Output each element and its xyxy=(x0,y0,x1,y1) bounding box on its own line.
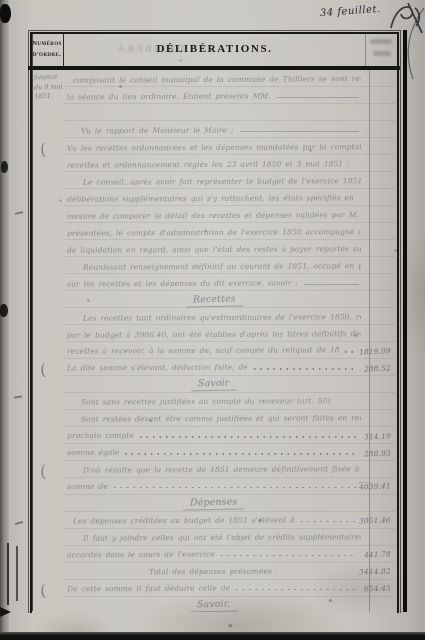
margin-annotation-line: 1851. xyxy=(34,91,67,102)
section-heading: Savoir. xyxy=(190,598,238,611)
section-heading: Recettes xyxy=(186,293,243,307)
bleed-through-smudge xyxy=(373,51,391,56)
manuscript-line: prochain compte314.19 xyxy=(67,425,394,442)
amount-value: 314.19 xyxy=(364,431,391,441)
scanned-register-page: 34 feuillet. Numéros d'ordre. DÉLIBÉRA D… xyxy=(0,0,425,640)
handwritten-text: De cette somme il faut déduire celle de xyxy=(67,583,230,595)
handwritten-text: prochain compte xyxy=(67,431,134,442)
amount-value: 1819.09 xyxy=(359,346,391,356)
manuscript-line: Le conseil, après avoir fait représenter… xyxy=(67,171,394,188)
dotted-leader xyxy=(114,487,357,489)
manuscript-rows: composant le conseil municipal de la com… xyxy=(67,70,394,612)
dotted-leader xyxy=(345,351,357,353)
manuscript-line: recettes et ordonnancement réglés les 23… xyxy=(67,154,394,171)
dotted-leader xyxy=(236,589,357,591)
handwritten-text: présentées, le compte d'administration d… xyxy=(67,227,361,240)
dotted-leader xyxy=(140,436,357,438)
amount-value: 288.93 xyxy=(364,448,391,458)
section-heading-row: Dépenses xyxy=(67,493,394,510)
ink-blob xyxy=(0,4,11,23)
handwritten-text: délibérations supplémentaires qui s'y ra… xyxy=(67,193,354,206)
handwritten-text: Vu les recettes ordonnancées et les dépe… xyxy=(67,142,361,155)
handwritten-text: Sont sans recettes justifiées au compte … xyxy=(81,397,331,409)
handwritten-text: par le budget à 3986.40, ont été établie… xyxy=(67,329,361,342)
handwritten-text: mesure de comparer le détail des recette… xyxy=(67,210,361,223)
manuscript-line: sur les recettes et les dépenses du dit … xyxy=(67,273,394,290)
manuscript-line: Vu le rapport de Monsieur le Maire ; xyxy=(67,120,394,137)
manuscript-line: De cette somme il faut déduire celle de6… xyxy=(67,578,394,595)
manuscript-line: Sont restées devant être comme justifiée… xyxy=(67,408,394,425)
manuscript-line: composant le conseil municipal de la com… xyxy=(67,70,394,87)
column-header-numeros: Numéros d'ordre. xyxy=(31,33,64,66)
manuscript-line: la séance du lieu ordinaire. Étaient pré… xyxy=(67,86,394,103)
manuscript-line: accordés dans le cours de l'exercice441.… xyxy=(67,544,394,561)
right-border-heavy xyxy=(403,30,407,612)
ink-streak xyxy=(16,546,18,601)
amount-value: 288.52 xyxy=(364,363,391,373)
manuscript-line: somme de4039.41 xyxy=(67,476,394,493)
handwritten-text: Sont restées devant être comme justifiée… xyxy=(81,413,361,425)
manuscript-line: D'où résulte que la recette de 1851 deme… xyxy=(67,459,394,476)
dotted-leader xyxy=(301,521,357,523)
handwritten-text: somme de xyxy=(67,482,108,493)
manuscript-line: par le budget à 3986.40, ont été établie… xyxy=(67,324,394,341)
manuscript-line: délibérations supplémentaires qui s'y ra… xyxy=(67,188,394,205)
amount-value: 3414.82 xyxy=(359,567,391,577)
manuscript-line: somme égale288.93 xyxy=(67,442,394,459)
manuscript-line: La dite somme s'élevant, déduction faite… xyxy=(67,357,394,374)
ink-streak xyxy=(7,543,9,605)
margin-arrow-mark xyxy=(0,607,11,617)
section-heading-row: Savoir. xyxy=(67,595,394,612)
handwritten-text: accordés dans le cours de l'exercice xyxy=(67,549,215,561)
handwritten-text: recettes à recevoir, à la somme de, sauf… xyxy=(67,346,339,358)
manuscript-line: Vu les recettes ordonnancées et les dépe… xyxy=(67,137,394,154)
trailing-rule xyxy=(277,97,359,98)
bleed-through-ghost-title: DÉLIBÉRA xyxy=(116,44,184,55)
numeros-label-bottom: d'ordre. xyxy=(31,49,63,60)
ink-blob xyxy=(1,161,8,173)
manuscript-line: recettes à recevoir, à la somme de, sauf… xyxy=(67,341,394,358)
handwritten-text: Réunissant renseignement définitif au co… xyxy=(83,261,361,273)
handwritten-text: Les dépenses créditées au budget de 1851… xyxy=(73,515,295,527)
column-header-right-ghost xyxy=(365,33,396,66)
manuscript-content: composant le conseil municipal de la com… xyxy=(31,70,396,612)
manuscript-line: Les recettes tant ordinaires qu'extraord… xyxy=(67,307,394,324)
handwritten-text: Total des dépenses présumées . xyxy=(149,566,278,578)
handwritten-text: Le conseil, après avoir fait représenter… xyxy=(83,176,361,188)
margin-annotation: Séance du 9 mai 1851. xyxy=(31,72,68,102)
column-header-deliberations: DÉLIBÉRA DÉLIBÉRATIONS. xyxy=(64,33,365,66)
manuscript-line: Sont sans recettes justifiées au compte … xyxy=(67,391,394,408)
table-header: Numéros d'ordre. DÉLIBÉRA DÉLIBÉRATIONS. xyxy=(31,33,396,66)
section-heading-row: Savoir xyxy=(67,374,394,391)
handwritten-text: sur les recettes et les dépenses du dit … xyxy=(67,278,298,290)
handwritten-text: de liquidation en regard, ainsi que l'ét… xyxy=(67,244,361,257)
amount-value: 654.45 xyxy=(364,584,391,594)
amount-value: 4039.41 xyxy=(359,482,391,492)
trailing-rule xyxy=(240,131,359,132)
manuscript-line: mesure de comparer le détail des recette… xyxy=(67,205,394,222)
handwritten-text: La dite somme s'élevant, déduction faite… xyxy=(67,363,248,375)
dotted-leader xyxy=(125,453,357,455)
manuscript-line: de liquidation en regard, ainsi que l'ét… xyxy=(67,239,394,256)
dotted-leader xyxy=(254,368,357,370)
amount-value: 441.78 xyxy=(364,550,391,560)
dotted-leader xyxy=(221,555,357,557)
handwritten-text: la séance du lieu ordinaire. Étaient pré… xyxy=(67,92,271,104)
numeros-label-top: Numéros xyxy=(31,38,63,49)
handwritten-text: D'où résulte que la recette de 1851 deme… xyxy=(83,464,361,476)
handwritten-text: Vu le rapport de Monsieur le Maire ; xyxy=(81,126,234,138)
manuscript-line: Réunissant renseignement définitif au co… xyxy=(67,256,394,273)
manuscript-line xyxy=(67,103,394,120)
manuscript-line: Les dépenses créditées au budget de 1851… xyxy=(67,510,394,527)
handwritten-text: somme égale xyxy=(67,448,120,459)
handwritten-text: composant le conseil municipal de la com… xyxy=(73,75,361,88)
bleed-through-smudge xyxy=(370,39,392,44)
handwritten-text: Les recettes tant ordinaires qu'extraord… xyxy=(83,312,361,324)
section-heading: Dépenses xyxy=(183,496,244,510)
scan-edge-bottom xyxy=(0,632,425,640)
manuscript-line: présentées, le compte d'administration d… xyxy=(67,222,394,239)
section-heading: Savoir xyxy=(191,378,237,392)
handwritten-text: recettes et ordonnancement réglés les 23… xyxy=(67,159,350,171)
manuscript-line: Il faut y joindre celles qui ont été l'o… xyxy=(67,527,394,544)
manuscript-line: Total des dépenses présumées .3414.82 xyxy=(67,561,394,578)
trailing-rule xyxy=(304,284,359,285)
ink-blob xyxy=(0,304,8,317)
amount-value: 3051.46 xyxy=(359,516,391,526)
section-heading-row: Recettes xyxy=(67,290,394,307)
handwritten-text: Il faut y joindre celles qui ont été l'o… xyxy=(83,532,361,544)
